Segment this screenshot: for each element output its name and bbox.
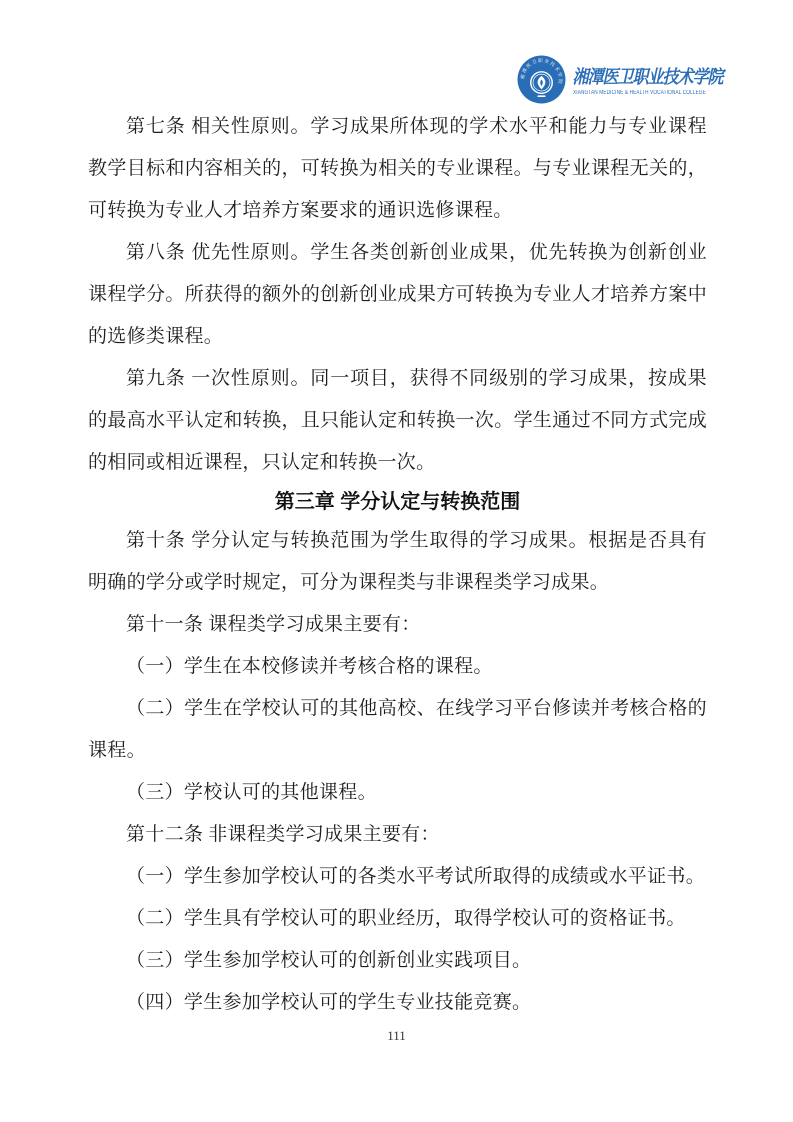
list-item-12-2: （二）学生具有学校认可的职业经历，取得学校认可的资格证书。 <box>88 898 707 940</box>
paragraph-article-9: 第九条 一次性原则。同一项目，获得不同级别的学习成果，按成果的最高水平认定和转换… <box>88 358 707 484</box>
paragraph-article-8: 第八条 优先性原则。学生各类创新创业成果，优先转换为创新创业课程学分。所获得的额… <box>88 232 707 358</box>
document-page: 湘潭医卫职业技术学院 湘潭医卫职业技术学院 XIANGTAN MEDICINE … <box>0 0 793 1122</box>
list-item-11-3: （三）学校认可的其他课程。 <box>88 772 707 814</box>
list-item-12-3: （三）学生参加学校认可的创新创业实践项目。 <box>88 940 707 982</box>
list-item-12-4: （四）学生参加学校认可的学生专业技能竞赛。 <box>88 982 707 1024</box>
chapter-heading: 第三章 学分认定与转换范围 <box>88 484 707 520</box>
paragraph-article-12: 第十二条 非课程类学习成果主要有： <box>88 814 707 856</box>
document-body: 第七条 相关性原则。学习成果所体现的学术水平和能力与专业课程教学目标和内容相关的… <box>0 0 793 1024</box>
paragraph-article-10: 第十条 学分认定与转换范围为学生取得的学习成果。根据是否具有明确的学分或学时规定… <box>88 520 707 604</box>
list-item-12-1: （一）学生参加学校认可的各类水平考试所取得的成绩或水平证书。 <box>88 856 707 898</box>
paragraph-article-7: 第七条 相关性原则。学习成果所体现的学术水平和能力与专业课程教学目标和内容相关的… <box>88 106 707 232</box>
paragraph-article-11: 第十一条 课程类学习成果主要有： <box>88 604 707 646</box>
page-number: 111 <box>0 1028 793 1044</box>
list-item-11-2: （二）学生在学校认可的其他高校、在线学习平台修读并考核合格的课程。 <box>88 688 707 772</box>
list-item-11-1: （一）学生在本校修读并考核合格的课程。 <box>88 646 707 688</box>
